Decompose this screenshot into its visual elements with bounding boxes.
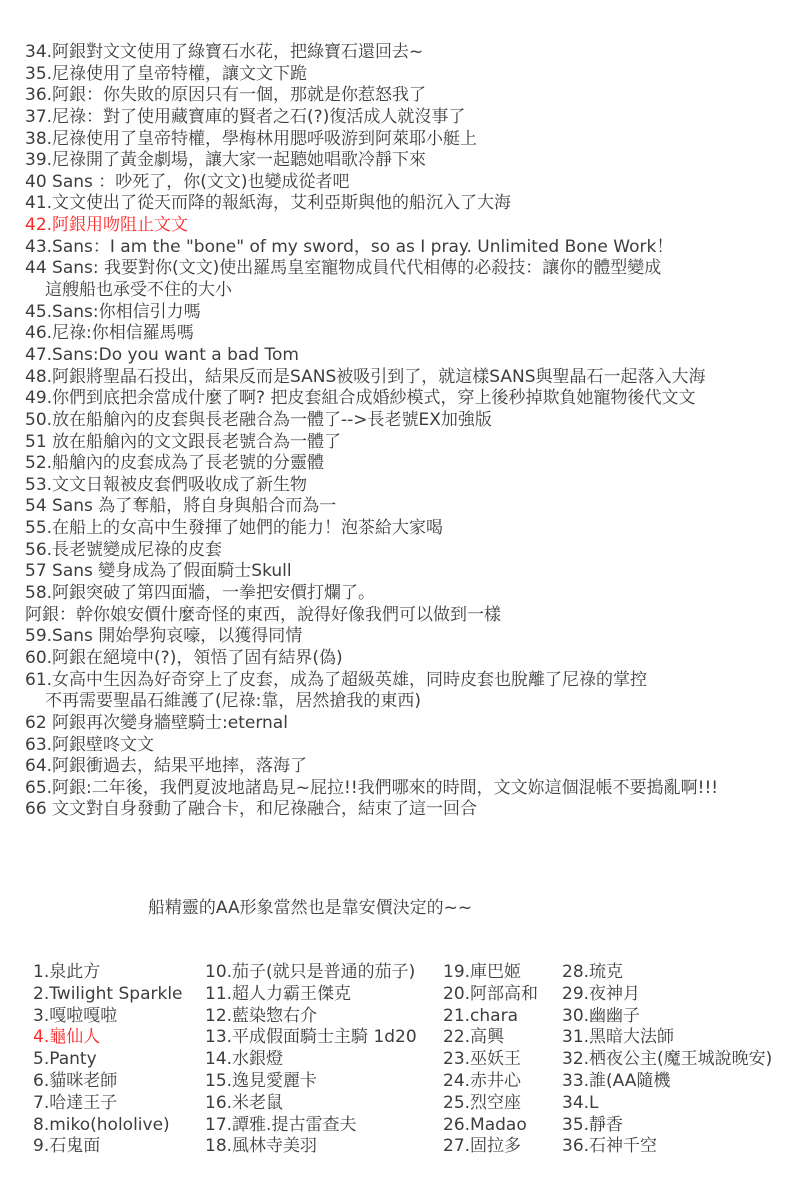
character-list-item: 22.高興: [443, 1027, 562, 1049]
character-list-item: 20.阿部高和: [443, 984, 562, 1006]
story-line: 46.尼祿:你相信羅馬嗎: [25, 323, 800, 345]
story-line: 57 Sans 變身成為了假面騎士Skull: [25, 561, 800, 583]
character-list-item: 29.夜神月: [562, 984, 772, 1006]
character-list-item: 17.譚雅.提古雷查夫: [205, 1115, 443, 1137]
document-page: 34.阿銀對文文使用了綠寶石水花，把綠寶石還回去~ 35.尼祿使用了皇帝特權，讓…: [0, 0, 800, 1200]
character-list-item: 9.石鬼面: [33, 1136, 205, 1158]
character-list-item: 33.誰(AA隨機: [562, 1071, 772, 1093]
character-list-item: 12.藍染惣右介: [205, 1006, 443, 1028]
character-list-item: 28.琉克: [562, 962, 772, 984]
story-line: 43.Sans：I am the "bone" of my sword，so a…: [25, 237, 800, 259]
story-line: 35.尼祿使用了皇帝特權，讓文文下跪: [25, 64, 800, 86]
story-line: 60.阿銀在絕境中(?)，領悟了固有結界(偽): [25, 648, 800, 670]
story-line: 不再需要聖晶石維護了(尼祿:靠，居然搶我的東西): [25, 691, 800, 713]
character-roster: 1.泉此方 2.Twilight Sparkle 3.嘎啦嘎啦 4.龜仙人 5.…: [33, 962, 800, 1158]
story-line: 38.尼祿使用了皇帝特權，學梅林用腮呼吸游到阿萊耶小艇上: [25, 129, 800, 151]
story-line: 41.文文使出了從天而降的報紙海，艾利亞斯與他的船沉入了大海: [25, 193, 800, 215]
character-list-item: 10.茄子(就只是普通的茄子): [205, 962, 443, 984]
character-list-item: 3.嘎啦嘎啦: [33, 1006, 205, 1028]
story-line: 44 Sans: 我要對你(文文)使出羅馬皇室寵物成員代代相傳的必殺技：讓你的體…: [25, 258, 800, 280]
character-list-item: 14.水銀燈: [205, 1049, 443, 1071]
story-line: 39.尼祿開了黃金劇場，讓大家一起聽她唱歌冷靜下來: [25, 150, 800, 172]
character-list-item: 32.栖夜公主(魔王城說晚安): [562, 1049, 772, 1071]
story-line: 65.阿銀:二年後，我們夏波地諸島見~屁拉!!我們哪來的時間，文文妳這個混帳不要…: [25, 778, 800, 800]
story-line: 66 文文對自身發動了融合卡，和尼祿融合，結束了這一回合: [25, 799, 800, 821]
story-line: 50.放在船艙內的皮套與長老融合為一體了-->長老號EX加強版: [25, 410, 800, 432]
character-list-item: 26.Madao: [443, 1115, 562, 1137]
character-list-item: 4.龜仙人: [33, 1027, 205, 1049]
story-line: 36.阿銀：你失敗的原因只有一個，那就是你惹怒我了: [25, 85, 800, 107]
story-line: 63.阿銀壁咚文文: [25, 735, 800, 757]
story-line: 52.船艙內的皮套成為了長老號的分靈體: [25, 453, 800, 475]
character-list-item: 25.烈空座: [443, 1093, 562, 1115]
story-line: 61.女高中生因為好奇穿上了皮套，成為了超級英雄，同時皮套也脫離了尼祿的掌控: [25, 670, 800, 692]
character-list-item: 31.黑暗大法師: [562, 1027, 772, 1049]
character-list-item: 24.赤井心: [443, 1071, 562, 1093]
character-list-item: 34.L: [562, 1093, 772, 1115]
story-line: 48.阿銀將聖晶石投出，結果反而是SANS被吸引到了，就這樣SANS與聖晶石一起…: [25, 367, 800, 389]
character-list-item: 1.泉此方: [33, 962, 205, 984]
character-list-item: 7.哈達王子: [33, 1093, 205, 1115]
character-list-item: 23.巫妖王: [443, 1049, 562, 1071]
roster-column-2: 10.茄子(就只是普通的茄子) 11.超人力霸王傑克 12.藍染惣右介 13.平…: [205, 962, 443, 1158]
story-line: 51 放在船艙內的文文跟長老號合為一體了: [25, 432, 800, 454]
story-line: 34.阿銀對文文使用了綠寶石水花，把綠寶石還回去~: [25, 42, 800, 64]
story-line: 37.尼祿：對了使用藏寶庫的賢者之石(?)復活成人就沒事了: [25, 107, 800, 129]
character-list-item: 8.miko(hololive): [33, 1115, 205, 1137]
subtitle-text: 船精靈的AA形象當然也是靠安價決定的~~: [0, 897, 620, 919]
story-line: 58.阿銀突破了第四面牆，一拳把安價打爛了。: [25, 583, 800, 605]
character-list-item: 11.超人力霸王傑克: [205, 984, 443, 1006]
story-line-list: 34.阿銀對文文使用了綠寶石水花，把綠寶石還回去~ 35.尼祿使用了皇帝特權，讓…: [0, 0, 800, 821]
story-line: 53.文文日報被皮套們吸收成了新生物: [25, 475, 800, 497]
character-list-item: 19.庫巴姬: [443, 962, 562, 984]
roster-column-1: 1.泉此方 2.Twilight Sparkle 3.嘎啦嘎啦 4.龜仙人 5.…: [33, 962, 205, 1158]
character-list-item: 18.風林寺美羽: [205, 1136, 443, 1158]
story-line: 這艘船也承受不住的大小: [25, 280, 800, 302]
roster-column-3: 19.庫巴姬 20.阿部高和 21.chara 22.高興 23.巫妖王 24.…: [443, 962, 562, 1158]
character-list-item: 5.Panty: [33, 1049, 205, 1071]
roster-column-4: 28.琉克 29.夜神月 30.幽幽子 31.黑暗大法師 32.栖夜公主(魔王城…: [562, 962, 772, 1158]
character-list-item: 21.chara: [443, 1006, 562, 1028]
story-line: 40 Sans ：吵死了，你(文文)也變成從者吧: [25, 172, 800, 194]
character-list-item: 30.幽幽子: [562, 1006, 772, 1028]
story-line: 47.Sans:Do you want a bad Tom: [25, 345, 800, 367]
character-list-item: 16.米老鼠: [205, 1093, 443, 1115]
character-list-item: 13.平成假面騎士主騎 1d20: [205, 1027, 443, 1049]
story-line: 42.阿銀用吻阻止文文: [25, 215, 800, 237]
story-line: 64.阿銀衝過去，結果平地摔，落海了: [25, 756, 800, 778]
character-list-item: 6.貓咪老師: [33, 1071, 205, 1093]
story-line: 阿銀：幹你娘安價什麼奇怪的東西，說得好像我們可以做到一樣: [25, 605, 800, 627]
story-line: 56.長老號變成尼祿的皮套: [25, 540, 800, 562]
story-line: 49.你們到底把余當成什麼了啊? 把皮套組合成婚紗模式，穿上後秒掉欺負她寵物後代…: [25, 388, 800, 410]
character-list-item: 35.靜香: [562, 1115, 772, 1137]
story-line: 55.在船上的女高中生發揮了她們的能力！泡茶給大家喝: [25, 518, 800, 540]
character-list-item: 36.石神千空: [562, 1136, 772, 1158]
story-line: 54 Sans 為了奪船，將自身與船合而為一: [25, 496, 800, 518]
character-list-item: 15.逸見愛麗卡: [205, 1071, 443, 1093]
story-line: 59.Sans 開始學狗哀嚎，以獲得同情: [25, 626, 800, 648]
story-line: 45.Sans:你相信引力嗎: [25, 302, 800, 324]
character-list-item: 2.Twilight Sparkle: [33, 984, 205, 1006]
character-list-item: 27.固拉多: [443, 1136, 562, 1158]
story-line: 62 阿銀再次變身牆壁騎士:eternal: [25, 713, 800, 735]
